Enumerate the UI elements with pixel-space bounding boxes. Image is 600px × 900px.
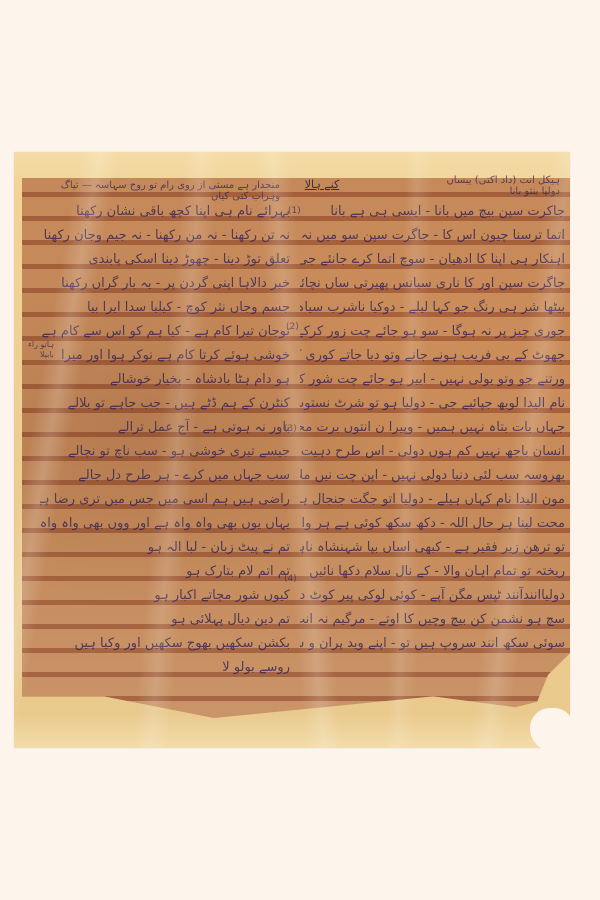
text-line: خبر دالاہا اپنی گردن پر - یہ بار گراں رک… <box>40 272 290 296</box>
text-line: جسم وجاں نثر کوچ - کیلیا سدا ایرا بیا <box>40 296 290 320</box>
text-line: اہنکار ہی اپنا کا ادھیان - سوچ اتما کرے … <box>300 248 565 272</box>
text-line: سب جہاں میں کرے - ہر طرح دل جالے <box>40 464 290 488</box>
text-line: بھروسہ سب لئی دنیا دولی نہیں - اپن چت نی… <box>300 464 565 488</box>
text-line: ہو دام ہٹا بادشاہ - بخیار خوشالے <box>40 368 290 392</box>
top-left-note: منجدار ہے مستی از روی رام تو روح سہاسہ —… <box>60 180 280 202</box>
text-line: جوری چیز پر نہ ہوگا - سو ہو جائے چت زور … <box>300 320 565 344</box>
text-line: جاکرت سپن بیچ میں بانا - ایسی ہی ہے بانا <box>300 200 565 224</box>
top-right-note: ہیکل انت (داد اکتی) یبساں دولیا بنتو بان… <box>430 175 560 197</box>
text-line: تم نے پیٹ زبان - لبا الہ ہو <box>40 536 290 560</box>
manuscript-photo: کنے ہالا منجدار ہے مستی از روی رام تو رو… <box>0 0 600 900</box>
text-line: نہ تن رکھنا - نہ من رکھنا - نہ جیم وجان … <box>40 224 290 248</box>
text-line: خوشی ہوئے کرتا کام ہے نوکر ہوا اور میرا <box>40 344 290 368</box>
text-line: جہاں بات بتاہ نہیں ہمیں - وپیرا ن انتوں … <box>300 416 565 440</box>
torn-corner <box>530 708 574 752</box>
text-line: تعلق توڑ دینا - چھوڑ دینا اسکی پابندی <box>40 248 290 272</box>
text-line: جھوٹ کے بی فریب ہونے جانے وتو دیا جاتے ک… <box>300 344 565 368</box>
text-line: بکشن سکھیں بھوج سکھیں اور وکیا ہیں <box>40 632 290 656</box>
text-line: باور نہ ہوتی ہے - آج عمل ترالے <box>40 416 290 440</box>
text-line: محت لینا ہر حال اللہ - دکھ سکھ کوئی ہے ہ… <box>300 512 565 536</box>
text-line: سچ ہو نشمن کن بیچ وچیں کا اوتے - مرگیم ن… <box>300 608 565 632</box>
text-line: یہاں یوں بھی واہ واہ ہے اور ووں بھی واہ … <box>40 512 290 536</box>
manuscript-heading: کنے ہالا <box>292 178 352 191</box>
text-line: کیوں شور مچاتے اکبار ہو <box>40 584 290 608</box>
text-line: انسان باجھ نہیں کم ہوں دولی - اس طرح دہی… <box>300 440 565 464</box>
text-line: راضی ہیں ہم اسی میں جس میں تری رضا ہے <box>40 488 290 512</box>
text-line: جاگرت سپن اور کا ناری سبانس پھیرتی ساں ن… <box>300 272 565 296</box>
text-line: مون الیدا نام کہاں ہیلے - دولیا اتو جگت … <box>300 488 565 512</box>
text-line: روسے بولو لا <box>40 656 290 680</box>
text-line: توجان تیرا کام ہے - کیا ہم کو اس سے کام … <box>40 320 290 344</box>
text-line: ریختہ تو تمام اہان والا - کے نال سلام دک… <box>300 560 565 584</box>
right-column-text: جاکرت سپن بیچ میں بانا - ایسی ہی ہے بانا… <box>300 200 565 656</box>
text-line: جیسے تیری خوشی ہو - سب ناچ تو نچالے <box>40 440 290 464</box>
text-line: ورتنے جو وتو بولی نہیں - ابیر ہو جائے چت… <box>300 368 565 392</box>
text-line: تم دین دیال پہلائی ہو <box>40 608 290 632</box>
text-line: اتما ترسنا چیون اس کا - جاگرت سپن سو میں… <box>300 224 565 248</box>
text-line: سوئی سکھ انند سروپ ہیں تو - اپنے وید پرا… <box>300 632 565 656</box>
text-line: دولیاانندآنند ٹپس مگن آپے - کوئی لوکی پی… <box>300 584 565 608</box>
left-column-text: بہرائے نام ہی اپنا کچھ باقی نشان رکھنا ن… <box>40 200 290 680</box>
text-line: کنٹرن کے ہم ڈٹے ہیں - جب جاہے تو بلالے <box>40 392 290 416</box>
text-line: تم اتم لام بتارک ہو <box>40 560 290 584</box>
text-line: بہرائے نام ہی اپنا کچھ باقی نشان رکھنا <box>40 200 290 224</box>
text-line: بیٹھا شر ہی رنگ جو کہا لیلے - دوکیا ناشر… <box>300 296 565 320</box>
text-line: تو ترھن زیر فقیر ہے - کبھی اساں بپا شہنش… <box>300 536 565 560</box>
text-line: نام الیدا لوبھ جپائیے جی - دولیا ہو تو ش… <box>300 392 565 416</box>
